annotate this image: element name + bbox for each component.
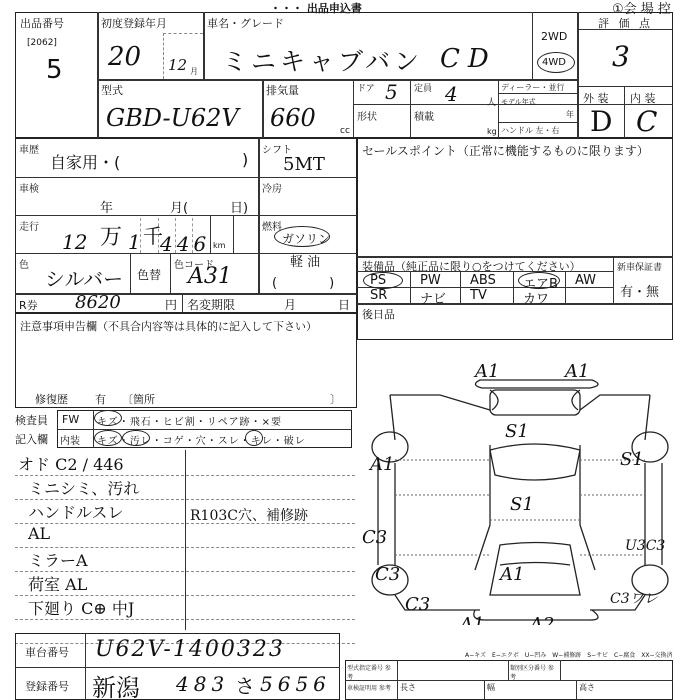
model-label: 型式 (101, 82, 123, 98)
history-value: 自家用・( (50, 150, 120, 173)
doors-value: 5 (385, 80, 398, 104)
car-name: ミニキャブバン (222, 42, 423, 78)
equipment-item: PW (420, 273, 441, 288)
drive-circle (537, 52, 575, 73)
ext-grade: D (590, 105, 612, 138)
svg-text:U3C3: U3C3 (625, 538, 665, 554)
ps-circle (363, 272, 403, 289)
ext-label: 外 装 (583, 90, 609, 106)
car-grade: CD (440, 44, 497, 74)
drive-2wd: 2WD (541, 30, 567, 43)
inspection-label: 車検 (19, 180, 39, 195)
sales-point-label: セールスポイント（正常に機能するものに限ります） (362, 142, 649, 159)
load-label: 積載 (414, 108, 434, 123)
note-left: AL (28, 524, 50, 543)
car-name-label: 車名・グレード (207, 15, 284, 31)
svg-text:A1: A1 (458, 614, 484, 625)
svg-text:C3: C3 (375, 564, 400, 585)
displacement-label: 排気量 (266, 82, 299, 98)
fuel-diesel: 軽 油 (290, 251, 320, 270)
model-value: GBD-U62V (106, 104, 239, 132)
note-left: オド C2 / 446 (18, 452, 124, 475)
equipment-item: カワ (523, 288, 549, 307)
note-left: ミラーA (28, 548, 88, 571)
equipment-item: TV (470, 288, 487, 303)
chassis-label: 車台番号 (25, 644, 69, 660)
note-right-0: R103C穴、補修跡 (190, 505, 308, 525)
note-left: ハンドルスレ (28, 500, 124, 523)
repair-label: 修復歴 (35, 391, 68, 407)
score-value: 3 (612, 40, 630, 73)
int-label: 内 装 (630, 90, 656, 106)
warranty-value: 有・無 (620, 281, 659, 300)
capacity-value: 4 (445, 82, 458, 106)
first-reg-year: 20 (108, 42, 141, 72)
lot-code: [2062] (27, 38, 57, 48)
equipment-item: ナビ (420, 288, 446, 307)
svg-text:A2: A2 (528, 614, 554, 625)
lot-label: 出品番号 (20, 15, 64, 31)
mileage-label: 走行 (19, 218, 39, 233)
equipment-item: ABS (470, 273, 496, 288)
svg-text:S1: S1 (505, 421, 529, 442)
equipment-item: SR (370, 288, 387, 303)
mileage-rest: 446 (160, 232, 210, 256)
registration-label: 登録番号 (25, 678, 69, 694)
notes-label: 注意事項申告欄（不具合内容等は具体的に記入して下さい） (20, 318, 317, 334)
fw-items: キズ・飛石・ヒビ割・リペア跡・×要 (97, 413, 282, 428)
airbag-circle (518, 272, 560, 289)
equipment-item: AW (575, 273, 596, 288)
svg-text:S1: S1 (510, 494, 534, 515)
note-left: 荷室 AL (28, 572, 87, 595)
history-label: 車歴 (19, 141, 39, 156)
registration-kana: さ (235, 670, 255, 699)
fuel-circle (274, 226, 330, 247)
capacity-label: 定員 (414, 81, 432, 94)
name-change-label: 名変期限 (187, 296, 235, 313)
svg-text:C3: C3 (362, 527, 387, 548)
int-grade: C (636, 105, 657, 138)
dealer-label: ディーラー・並行 (501, 82, 564, 93)
car-damage-diagram: A1A1S1A1S1S1C3A1C3U3C3C3C3ワレA1A2 (360, 345, 680, 625)
note-left: ミニシミ、汚れ (28, 476, 139, 499)
registration-number: 5656 (260, 672, 331, 696)
recycle-value: 8620 (75, 292, 121, 313)
warranty-label: 新車保証書 (617, 260, 662, 273)
later-label: 後日品 (362, 306, 395, 322)
chassis-number: U62V-1400323 (95, 637, 285, 662)
lot-number: 5 (46, 55, 63, 85)
first-reg-month: 12 (168, 56, 187, 74)
svg-text:A1: A1 (473, 361, 499, 382)
note-left: 下廻り C⊕ 中J (28, 596, 134, 619)
doors-label: ドア (357, 81, 375, 94)
model-year-label: モデル年式 (501, 98, 551, 106)
color-label: 色 (19, 256, 29, 271)
registration-area: 新潟 (92, 668, 140, 700)
sales-section (357, 138, 673, 340)
mileage-man: 12 (62, 230, 87, 254)
svg-text:S1: S1 (620, 449, 644, 470)
svg-text:C3: C3 (405, 594, 430, 615)
svg-text:A1: A1 (498, 564, 524, 585)
svg-text:A1: A1 (563, 361, 589, 382)
color-change-label: 色替 (137, 266, 161, 283)
registration-class: 483 (176, 672, 229, 696)
mileage-sen: 1 (128, 230, 141, 254)
first-reg-label: 初度登録年月 (101, 15, 167, 31)
shape-label: 形状 (357, 108, 377, 123)
svg-text:A1: A1 (368, 454, 394, 475)
handle-label: ハンドル 左・右 (501, 125, 560, 136)
svg-text:C3ワレ: C3ワレ (610, 591, 659, 607)
score-label: 評 価 点 (598, 15, 653, 31)
color-code: A31 (188, 264, 232, 289)
damage-legend: A−キズ E−エクボ U−凹み W−補修跡 S−サビ C−腐食 XX−交換済 (465, 650, 673, 659)
ac-label: 冷房 (262, 180, 282, 195)
displacement-value: 660 (270, 104, 316, 132)
recycle-label: R券 (19, 297, 38, 313)
shift-value: 5MT (283, 154, 325, 175)
equipment-label: 装備品（純正品に限り○をつけてください） (362, 258, 581, 274)
color-value: シルバー (45, 263, 123, 292)
